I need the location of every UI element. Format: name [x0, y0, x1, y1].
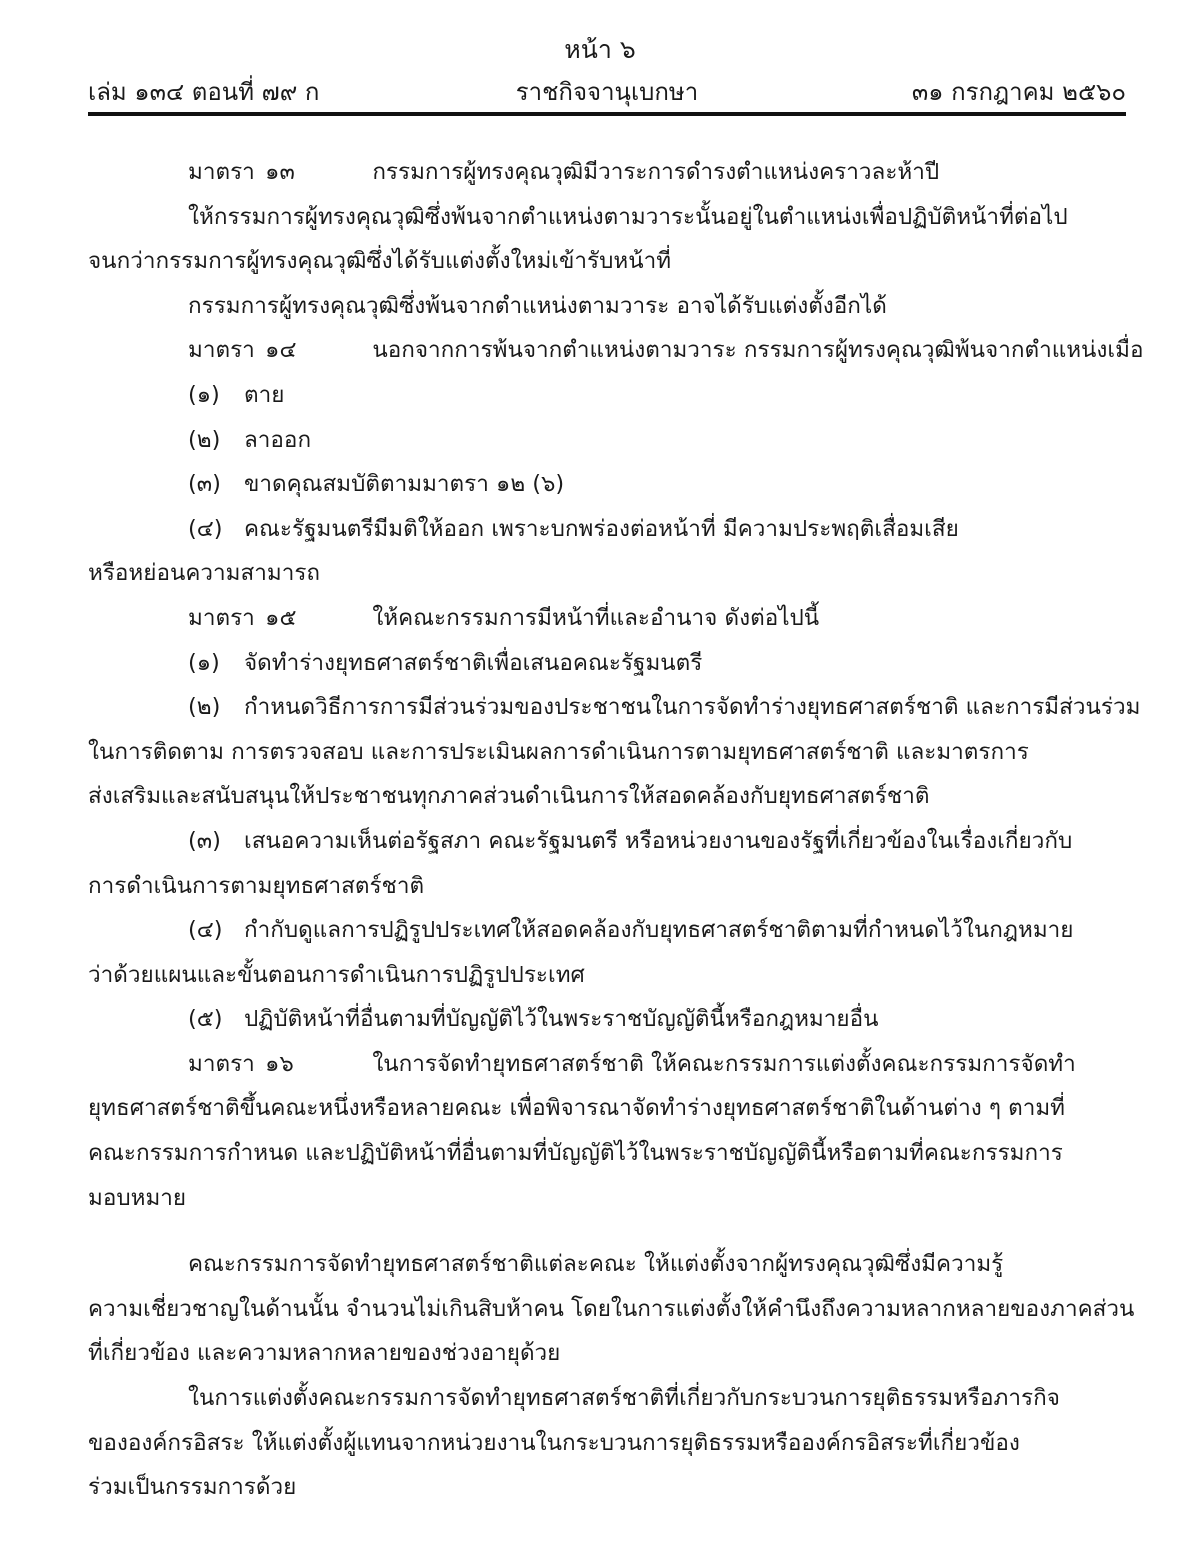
section-number: ๑๔: [265, 328, 365, 373]
list-item: (๒)ลาออก: [88, 418, 1122, 463]
section-text: ให้คณะกรรมการมีหน้าที่และอำนาจ ดังต่อไปน…: [372, 605, 819, 631]
list-item: (๑)จัดทำร่างยุทธศาสตร์ชาติเพื่อเสนอคณะรั…: [88, 641, 1122, 686]
section-number: ๑๕: [265, 596, 365, 641]
section-label: มาตรา: [188, 328, 258, 373]
section-text: กรรมการผู้ทรงคุณวุฒิมีวาระการดำรงตำแหน่ง…: [372, 159, 939, 185]
paragraph-line: ส่งเสริมและสนับสนุนให้ประชาชนทุกภาคส่วนด…: [88, 774, 1122, 819]
paragraph-line: ร่วมเป็นกรรมการด้วย: [88, 1465, 1122, 1510]
item-text: คณะรัฐมนตรีมีมติให้ออก เพราะบกพร่องต่อหน…: [244, 516, 959, 542]
section-13-heading: มาตรา ๑๓ กรรมการผู้ทรงคุณวุฒิมีวาระการดำ…: [88, 150, 1122, 195]
item-number: (๓): [188, 819, 244, 864]
paragraph-line: ความเชี่ยวชาญในด้านนั้น จำนวนไม่เกินสิบห…: [88, 1287, 1122, 1332]
paragraph-line: มอบหมาย: [88, 1176, 1122, 1221]
item-number: (๒): [188, 418, 244, 463]
item-number: (๓): [188, 462, 244, 507]
header-rule: [88, 112, 1126, 116]
section-label: มาตรา: [188, 1042, 258, 1087]
paragraph-line: ขององค์กรอิสระ ให้แต่งตั้งผู้แทนจากหน่วย…: [88, 1421, 1122, 1466]
paragraph-line: ในการติดตาม การตรวจสอบ และการประเมินผลกา…: [88, 730, 1122, 775]
gazette-header: เล่ม ๑๓๔ ตอนที่ ๗๙ ก ราชกิจจานุเบกษา ๓๑ …: [88, 72, 1126, 106]
item-text: จัดทำร่างยุทธศาสตร์ชาติเพื่อเสนอคณะรัฐมน…: [244, 650, 702, 676]
item-number: (๑): [188, 641, 244, 686]
section-label: มาตรา: [188, 596, 258, 641]
list-item: (๔)คณะรัฐมนตรีมีมติให้ออก เพราะบกพร่องต่…: [88, 507, 1122, 552]
paragraph-line: ให้กรรมการผู้ทรงคุณวุฒิซึ่งพ้นจากตำแหน่ง…: [88, 195, 1122, 240]
item-number: (๔): [188, 908, 244, 953]
item-text: ตาย: [244, 382, 284, 408]
paragraph-line: ยุทธศาสตร์ชาติขึ้นคณะหนึ่งหรือหลายคณะ เพ…: [88, 1086, 1122, 1131]
list-item: (๔)กำกับดูแลการปฏิรูปประเทศให้สอดคล้องกั…: [88, 908, 1122, 953]
item-text: ลาออก: [244, 427, 311, 453]
section-15-heading: มาตรา ๑๕ ให้คณะกรรมการมีหน้าที่และอำนาจ …: [88, 596, 1122, 641]
item-text: ขาดคุณสมบัติตามมาตรา ๑๒ (๖): [244, 471, 564, 497]
item-number: (๔): [188, 507, 244, 552]
list-item: (๕)ปฏิบัติหน้าที่อื่นตามที่บัญญัติไว้ในพ…: [88, 997, 1122, 1042]
item-number: (๑): [188, 373, 244, 418]
section-text: นอกจากการพ้นจากตำแหน่งตามวาระ กรรมการผู้…: [372, 337, 1143, 363]
document-body: มาตรา ๑๓ กรรมการผู้ทรงคุณวุฒิมีวาระการดำ…: [88, 150, 1122, 1510]
section-number: ๑๓: [265, 150, 365, 195]
item-text: เสนอความเห็นต่อรัฐสภา คณะรัฐมนตรี หรือหน…: [244, 828, 1072, 854]
paragraph-line: การดำเนินการตามยุทธศาสตร์ชาติ: [88, 864, 1122, 909]
section-16-heading: มาตรา ๑๖ ในการจัดทำยุทธศาสตร์ชาติ ให้คณะ…: [88, 1042, 1122, 1087]
list-item: (๒)กำหนดวิธีการการมีส่วนร่วมของประชาชนใน…: [88, 685, 1122, 730]
list-item: (๑)ตาย: [88, 373, 1122, 418]
item-text: ปฏิบัติหน้าที่อื่นตามที่บัญญัติไว้ในพระร…: [244, 1006, 878, 1032]
item-number: (๒): [188, 685, 244, 730]
section-14-heading: มาตรา ๑๔ นอกจากการพ้นจากตำแหน่งตามวาระ ก…: [88, 328, 1122, 373]
paragraph-line: ว่าด้วยแผนและขั้นตอนการดำเนินการปฏิรูปปร…: [88, 953, 1122, 998]
item-text: กำกับดูแลการปฏิรูปประเทศให้สอดคล้องกับยุ…: [244, 917, 1073, 943]
section-text: ในการจัดทำยุทธศาสตร์ชาติ ให้คณะกรรมการแต…: [372, 1051, 1075, 1077]
paragraph-line: คณะกรรมการจัดทำยุทธศาสตร์ชาติแต่ละคณะ ให…: [88, 1242, 1122, 1287]
paragraph-line: ในการแต่งตั้งคณะกรรมการจัดทำยุทธศาสตร์ชา…: [88, 1376, 1122, 1421]
paragraph-line: ที่เกี่ยวข้อง และความหลากหลายของช่วงอายุ…: [88, 1331, 1122, 1376]
list-item: (๓)ขาดคุณสมบัติตามมาตรา ๑๒ (๖): [88, 462, 1122, 507]
paragraph-line: กรรมการผู้ทรงคุณวุฒิซึ่งพ้นจากตำแหน่งตาม…: [88, 284, 1122, 329]
item-text: กำหนดวิธีการการมีส่วนร่วมของประชาชนในการ…: [244, 694, 1140, 720]
paragraph-line: คณะกรรมการกำหนด และปฏิบัติหน้าที่อื่นตาม…: [88, 1131, 1122, 1176]
section-number: ๑๖: [265, 1042, 365, 1087]
section-label: มาตรา: [188, 150, 258, 195]
item-number: (๕): [188, 997, 244, 1042]
paragraph-line: จนกว่ากรรมการผู้ทรงคุณวุฒิซึ่งได้รับแต่ง…: [88, 239, 1122, 284]
publication-date: ๓๑ กรกฎาคม ๒๕๖๐: [912, 72, 1126, 111]
list-item: (๓)เสนอความเห็นต่อรัฐสภา คณะรัฐมนตรี หรื…: [88, 819, 1122, 864]
page-number: หน้า ๖: [0, 30, 1200, 70]
paragraph-line: หรือหย่อนความสามารถ: [88, 551, 1122, 596]
